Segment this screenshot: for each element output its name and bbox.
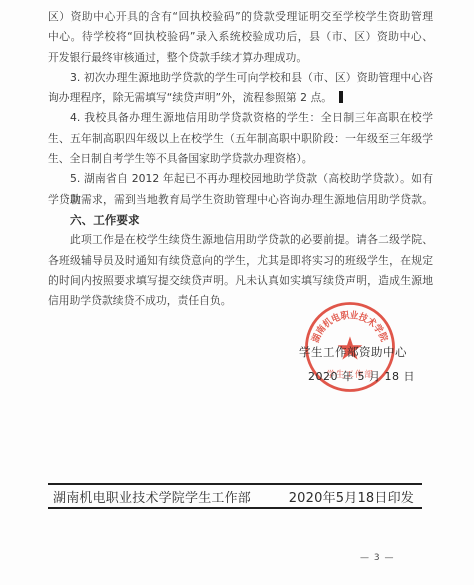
body-line: 5. 湖南省自 2012 年起已不再办理校园地助学贷款（高校助学贷款）。如有助	[48, 169, 433, 189]
body-line: 学贷款需求，需到当地教育局学生资助管理中心咨询办理生源地信用助学贷款。	[48, 190, 433, 210]
footer-rule-bottom	[48, 507, 422, 509]
signature-date: 2020 年 5 月 18 日	[308, 368, 415, 384]
body-line: 区）资助中心开具的含有“回执校验码”的贷款受理证明交至学校学生资助管理	[48, 7, 433, 27]
footer-print-date: 2020年5月18日印发	[289, 487, 422, 506]
body-line: 开发银行最终审核通过，整个贷款手续才算办理成功。	[48, 48, 433, 68]
footer: 湖南机电职业技术学院学生工作部 2020年5月18日印发	[48, 486, 422, 507]
footer-issuer: 湖南机电职业技术学院学生工作部	[48, 487, 251, 506]
body-line: 4. 我校具备办理生源地信用助学贷款资格的学生：全日制三年高职在校学	[48, 108, 433, 128]
page-number: — 3 —	[360, 553, 394, 563]
body-line: 询办理程序，除无需填写“续贷声明”外，流程参照第 2 点。	[48, 88, 433, 108]
body-line: 生、全日制自考学生等不具备国家助学贷款办理资格）。	[48, 149, 433, 169]
body-line: 3. 初次办理生源地助学贷款的学生可向学校和县（市、区）资助管理中心咨	[48, 68, 433, 88]
signature-org: 学生工作部资助中心	[299, 344, 407, 360]
document-body: 区）资助中心开具的含有“回执校验码”的贷款受理证明交至学校学生资助管理 中心。待…	[48, 7, 433, 311]
body-line: 生、五年制高职四年级以上在校学生（五年制高职中职阶段：一年级至三年级学	[48, 129, 433, 149]
section-heading: 六、工作要求	[48, 210, 433, 230]
body-line: 的时间内按照要求填写提交续贷声明。凡未认真如实填写续贷声明，造成生源地	[48, 271, 433, 291]
body-line: 中心。待学校将“回执校验码”录入系统校验成功后，县（市、区）资助中心、	[48, 27, 433, 47]
scanned-document-page: 区）资助中心开具的含有“回执校验码”的贷款受理证明交至学校学生资助管理 中心。待…	[0, 0, 474, 585]
body-line-text: 询办理程序，除无需填写“续贷声明”外，流程参照第 2 点。	[48, 91, 332, 104]
body-line: 各班级辅导员及时通知有续贷意向的学生，尤其是即将实习的班级学生，在规定	[48, 251, 433, 271]
footer-rule-top	[48, 483, 422, 485]
text-cursor	[339, 91, 343, 103]
body-line: 此项工作是在校学生续贷生源地信用助学贷款的必要前提。请各二级学院、	[48, 230, 433, 250]
